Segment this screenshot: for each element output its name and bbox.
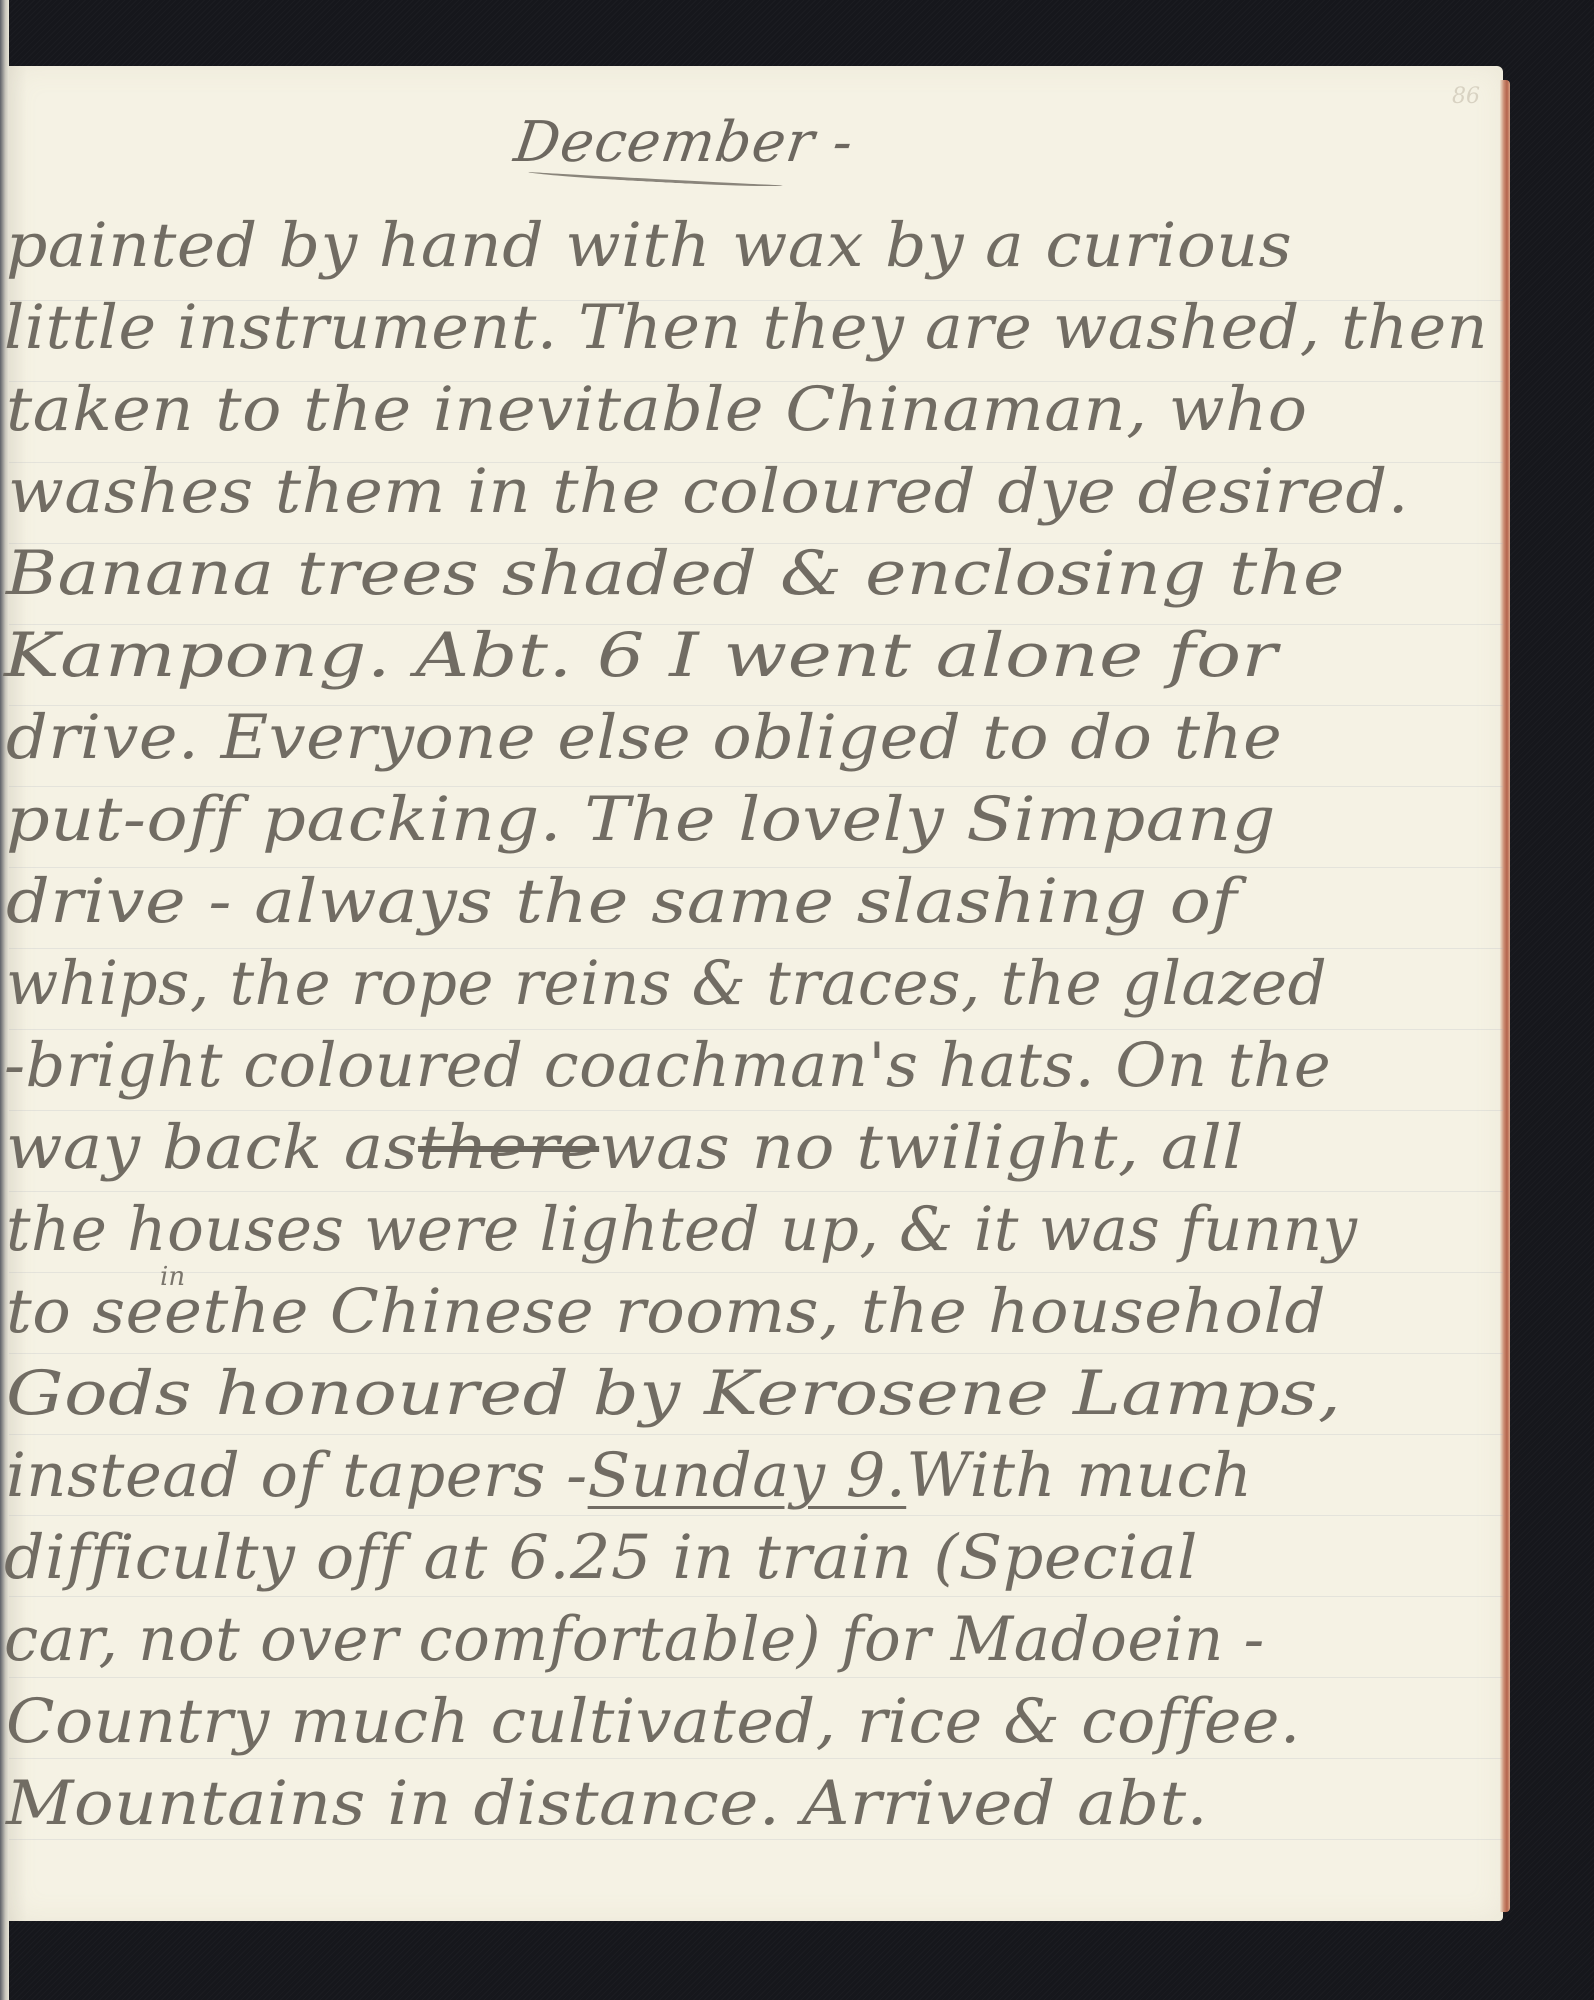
text-line: painted by hand with wax by a curious [6, 210, 1594, 281]
ruled-line [9, 1515, 1503, 1516]
ruled-line [9, 1839, 1503, 1840]
text-line: drive - always the same slashing of [6, 866, 1594, 937]
inserted-word: in [160, 1262, 185, 1292]
ruled-line [9, 1596, 1503, 1597]
ruled-line [9, 1353, 1503, 1354]
ruled-line [9, 1677, 1503, 1678]
text-line: instead of tapers - Sunday 9. With much [6, 1440, 1536, 1511]
text-line: put-off packing. The lovely Simpang [6, 784, 1594, 855]
text-line: Banana trees shaded & enclosing the [6, 538, 1594, 609]
date-sunday-9: Sunday 9. [588, 1440, 907, 1511]
text-line: little instrument. Then they are washed,… [4, 292, 1564, 363]
text-segment: way back as [6, 1112, 418, 1183]
ruled-line [9, 1758, 1503, 1759]
struck-word: there [418, 1112, 599, 1183]
text-line: way back as there was no twilight, all [6, 1112, 1594, 1183]
page-heading: December - [510, 110, 857, 175]
text-line: Country much cultivated, rice & coffee. [6, 1686, 1566, 1757]
text-segment: With much [906, 1440, 1252, 1511]
page-number: 86 [1452, 84, 1480, 109]
text-line: difficulty off at 6.25 in train (Special [4, 1522, 1564, 1593]
text-segment: was no twilight, all [599, 1112, 1244, 1183]
ruled-line [9, 1110, 1503, 1111]
text-segment: instead of tapers - [6, 1440, 588, 1511]
text-line: to see the Chinese rooms, the household [6, 1276, 1581, 1347]
text-line: taken to the inevitable Chinaman, who [6, 374, 1594, 445]
text-line: Kampong. Abt. 6 I went alone for [4, 620, 1594, 691]
text-line: Gods honoured by Kerosene Lamps, [6, 1358, 1594, 1429]
text-line: washes them in the coloured dye desired. [8, 456, 1594, 527]
ruled-line [9, 1272, 1503, 1273]
text-line: -bright coloured coachman's hats. On the [4, 1030, 1534, 1101]
text-segment: the Chinese rooms, the household [202, 1276, 1326, 1347]
ruled-line [9, 1434, 1503, 1435]
ruled-line [9, 1191, 1503, 1192]
text-line: drive. Everyone else obliged to do the [6, 702, 1594, 773]
text-line: car, not over comfortable) for Madoein - [4, 1604, 1504, 1675]
text-line: whips, the rope reins & traces, the glaz… [6, 948, 1506, 1019]
text-line: the houses were lighted up, & it was fun… [6, 1194, 1506, 1265]
text-line: Mountains in distance. Arrived abt. [6, 1768, 1594, 1839]
